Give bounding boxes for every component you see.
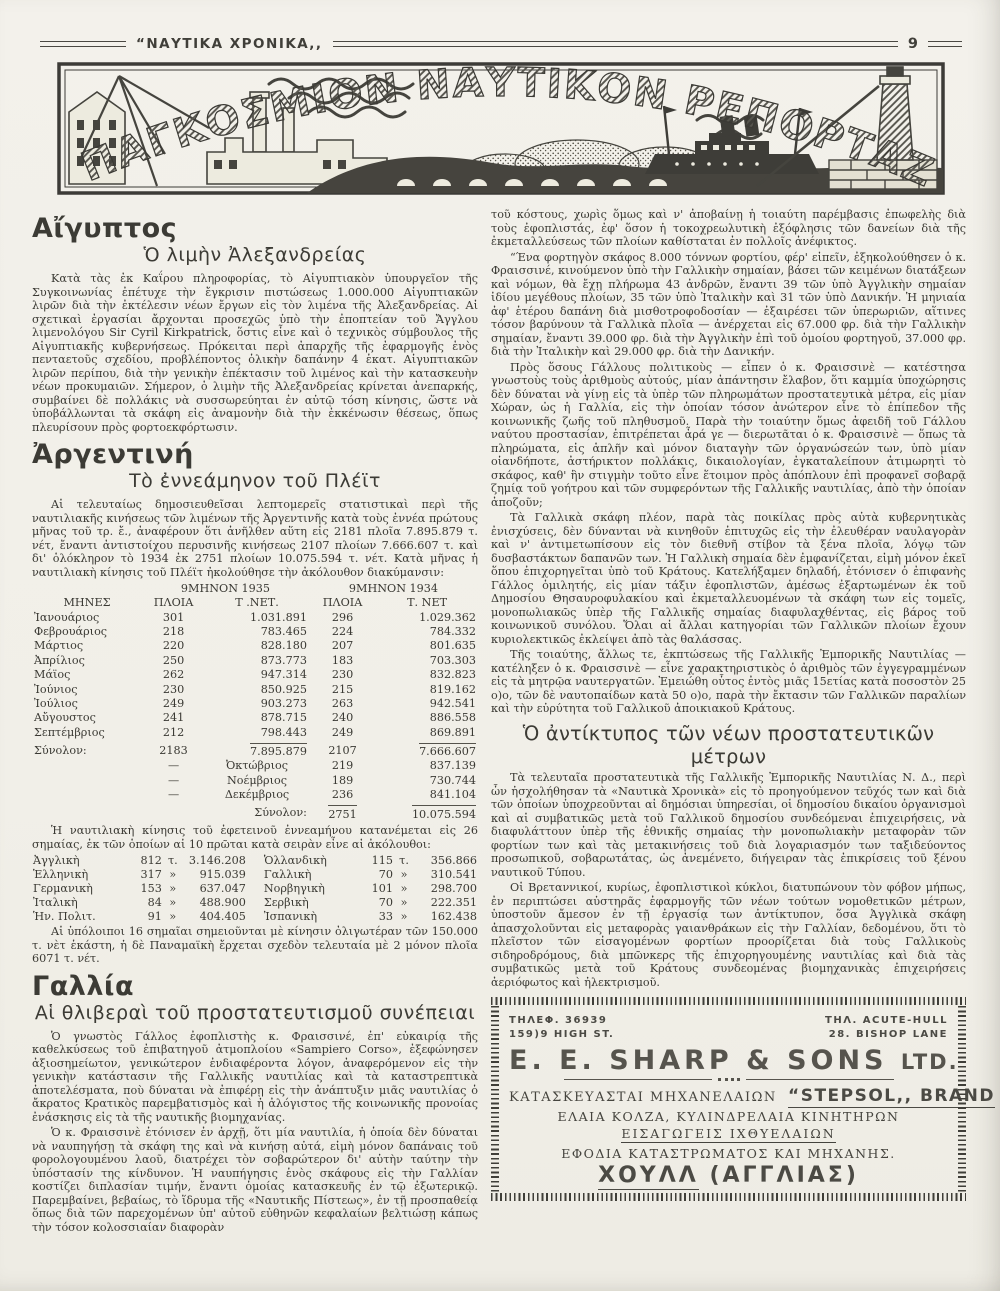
- total-value: 7.666.607: [419, 743, 476, 759]
- magazine-page: “ΝΑΥΤΙΚΑ ΧΡΟΝΙΚΑ,, 9: [0, 0, 1000, 1291]
- col-header-net-1934: Τ. ΝΕΤ: [376, 596, 478, 610]
- table-cell: 10.075.594: [376, 802, 478, 821]
- masthead-rule-center: [333, 41, 898, 47]
- left-column: Αἴγυπτος Ὁ λιμὴν Ἀλεξανδρείας Κατὰ τὰς ἐ…: [32, 208, 478, 1236]
- flag-tonnage: 915.039: [183, 867, 247, 881]
- table-cell: 903.273: [205, 696, 309, 710]
- flag-unit: »: [163, 881, 183, 895]
- continuation-paragraph-1: τοῦ κόστους, χωρὶς ὅμως καὶ ν' ἀποβαίνῃ …: [491, 208, 966, 249]
- ad-divider-line: [746, 1079, 894, 1080]
- ad-divider: [564, 1078, 894, 1081]
- flags-intro-paragraph: Ἡ ναυτιλιακὴ κίνησις τοῦ ἐφετεινοῦ ἐννεα…: [32, 824, 478, 851]
- masthead-title: “ΝΑΥΤΙΚΑ ΧΡΟΝΙΚΑ,,: [136, 36, 323, 52]
- flag-unit: »: [394, 895, 414, 909]
- table-cell: —: [142, 788, 205, 802]
- france-paragraph-2: Ὁ κ. Φραισσινὲ ἐτόνισεν ἐν ἀρχῇ, ὅτι μία…: [32, 1126, 478, 1234]
- table-cell: Σεπτέμβριος: [32, 725, 142, 739]
- flag-ships: 91: [127, 909, 163, 923]
- table-cell: 942.541: [376, 696, 478, 710]
- table-cell: [247, 867, 263, 881]
- ad-address-left: 159)9 HIGH ST.: [509, 1028, 614, 1042]
- table-cell: 841.104: [376, 788, 478, 802]
- table-row: Ἰούνιος 230 850.925 215 819.162: [32, 682, 478, 696]
- total-value: 10.075.594: [412, 805, 476, 821]
- masthead-rule-right: [928, 41, 962, 47]
- table-cell: 832.823: [376, 668, 478, 682]
- ad-phone-right: ΤΗΛ. ACUTE-HULL: [825, 1014, 948, 1028]
- table-cell: [142, 802, 205, 821]
- table-cell: 2107: [309, 740, 376, 759]
- page-number: 9: [908, 36, 918, 52]
- table-row: Φεβρουάριος 218 783.465 224 784.332: [32, 624, 478, 638]
- ad-products-line: ΚΑΤΑΣΚΕΥΑΣΤΑΙ ΜΗΧΑΝΕΛΑΙΩΝ “STEPSOL,, BRA…: [509, 1086, 948, 1106]
- table-cell: 873.773: [205, 653, 309, 667]
- table-row: Ἰανουάριος 301 1.031.891 296 1.029.362: [32, 610, 478, 624]
- flag-tonnage: 162.438: [414, 909, 478, 923]
- article-title-plate: Τὸ ἐννεάμηνον τοῦ Πλέϊτ: [32, 470, 478, 493]
- flag-tonnage: 310.541: [414, 867, 478, 881]
- table-cell: 730.744: [376, 773, 478, 787]
- flag-tonnage: 404.405: [183, 909, 247, 923]
- flag-unit: »: [394, 867, 414, 881]
- table-cell: 947.314: [205, 668, 309, 682]
- table-cell: 784.332: [376, 624, 478, 638]
- section-title-france: Γαλλία: [32, 973, 478, 1001]
- ad-border-right: [958, 1006, 966, 1192]
- table-total-row: Σύνολον: 2183 7.895.879 2107 7.666.607: [32, 740, 478, 759]
- ad-importers-text: ΕΙΣΑΓΩΓΕΙΣ ΙΧΘΥΕΛΑΙΩΝ: [621, 1126, 835, 1143]
- total-value: 2751: [328, 805, 356, 821]
- table-cell: 236: [309, 788, 376, 802]
- table-cell: Νοέμβριος: [205, 773, 309, 787]
- flag-ships: 70: [358, 867, 394, 881]
- france-paragraph-1: Ὁ γνωστὸς Γάλλος ἐφοπλιστὴς κ. Φραισσινέ…: [32, 1030, 478, 1125]
- table-cell: Μάϊος: [32, 668, 142, 682]
- ad-border-top: [491, 997, 966, 1005]
- impact-paragraph-1: Τὰ τελευταῖα προστατευτικὰ τῆς Γαλλικῆς …: [491, 771, 966, 879]
- flag-ships: 84: [127, 895, 163, 909]
- table-cell: Δεκέμβριος: [205, 788, 309, 802]
- argentina-intro-paragraph: Αἱ τελευταίως δημοσιευθεῖσαι λεπτομερεῖς…: [32, 498, 478, 579]
- col-header-months: ΜΗΝΕΣ: [32, 596, 142, 610]
- table-group-1934: 9ΜΗΝΟΝ 1934: [309, 581, 478, 595]
- table-cell: 230: [309, 668, 376, 682]
- table-cell: 2183: [142, 740, 205, 759]
- table-cell: [247, 895, 263, 909]
- table-cell: 224: [309, 624, 376, 638]
- impact-paragraph-2: Οἱ Βρεταννικοί, κυρίως, ἐφοπλιστικοὶ κύκ…: [491, 881, 966, 989]
- ad-importers-line: ΕΙΣΑΓΩΓΕΙΣ ΙΧΘΥΕΛΑΙΩΝ: [509, 1126, 948, 1141]
- flag-unit: »: [163, 909, 183, 923]
- table-cell: 263: [309, 696, 376, 710]
- flag-name: Γαλλικὴ: [263, 867, 358, 881]
- table-row: — Δεκέμβριος 236 841.104: [32, 788, 478, 802]
- table-cell: 1.031.891: [205, 610, 309, 624]
- flag-ships: 317: [127, 867, 163, 881]
- flag-ships: 812: [127, 853, 163, 867]
- table-cell: 240: [309, 711, 376, 725]
- table-cell: 241: [142, 711, 205, 725]
- continuation-paragraph-4: Τὰ Γαλλικὰ σκάφη πλέον, παρὰ τὰς ποικίλα…: [491, 511, 966, 646]
- flag-unit: τ.: [163, 853, 183, 867]
- table-cell: 878.715: [205, 711, 309, 725]
- table-row: Σεπτέμβριος 212 798.443 249 869.891: [32, 725, 478, 739]
- ad-company-suffix: LTD.: [901, 1050, 959, 1074]
- ad-contacts: ΤΗΛΕΦ. 36939 159)9 HIGH ST. ΤΗΛ. ACUTE-H…: [509, 1014, 948, 1042]
- table-cell: 798.443: [205, 725, 309, 739]
- masthead-rule-left: [40, 41, 126, 47]
- table-row: Μάϊος 262 947.314 230 832.823: [32, 668, 478, 682]
- table-cell: [32, 788, 142, 802]
- table-group-header-row: 9ΜΗΝΟΝ 1935 9ΜΗΝΟΝ 1934: [32, 581, 478, 595]
- table-cell: 7.666.607: [376, 740, 478, 759]
- table-cell: 869.891: [376, 725, 478, 739]
- table-cell: [247, 853, 263, 867]
- table-cell: Ὀκτώβριος: [205, 759, 309, 773]
- ad-phone-left: ΤΗΛΕΦ. 36939: [509, 1014, 614, 1028]
- table-cell: 250: [142, 653, 205, 667]
- table-row: Ἀπρίλιος 250 873.773 183 703.303: [32, 653, 478, 667]
- ad-city-suffix: (ΑΓΓΛΙΑΣ): [709, 1163, 858, 1188]
- table-cell: Σύνολον:: [205, 802, 309, 821]
- table-cell: [247, 881, 263, 895]
- table-row: Ἡν. Πολιτ. 91 » 404.405 Ἰσπανικὴ 33 » 16…: [32, 909, 478, 923]
- flag-unit: »: [163, 895, 183, 909]
- table-cell: 850.925: [205, 682, 309, 696]
- table-cell: 1.029.362: [376, 610, 478, 624]
- table-cell: 220: [142, 639, 205, 653]
- flag-ships: 115: [358, 853, 394, 867]
- flag-name: Ἰσπανικὴ: [263, 909, 358, 923]
- article-title-alexandria: Ὁ λιμὴν Ἀλεξανδρείας: [32, 244, 478, 267]
- ad-border-left: [491, 1006, 499, 1192]
- sharp-sons-advertisement: ΤΗΛΕΦ. 36939 159)9 HIGH ST. ΤΗΛ. ACUTE-H…: [491, 997, 966, 1201]
- flag-ships: 153: [127, 881, 163, 895]
- table-cell: Φεβρουάριος: [32, 624, 142, 638]
- flag-name: Ὁλλανδικὴ: [263, 853, 358, 867]
- flag-tonnage: 298.700: [414, 881, 478, 895]
- table-cell: 207: [309, 639, 376, 653]
- table-cell: [247, 909, 263, 923]
- flag-tonnage: 3.146.208: [183, 853, 247, 867]
- flag-tonnage: 356.866: [414, 853, 478, 867]
- flag-name: Σερβικὴ: [263, 895, 358, 909]
- article-title-protectionism: Αἱ θλιβεραὶ τοῦ προστατευτισμοῦ συνέπεια…: [32, 1002, 478, 1025]
- col-header-ships-1935: ΠΛΟΙΑ: [142, 596, 205, 610]
- table-row: — Ὀκτώβριος 219 837.139: [32, 759, 478, 773]
- table-row: Αὔγουστος 241 878.715 240 886.558: [32, 711, 478, 725]
- table-cell: 262: [142, 668, 205, 682]
- continuation-paragraph-3: Πρὸς ὅσους Γάλλους πολιτικοὺς — εἶπεν ὁ …: [491, 361, 966, 510]
- flag-name: Ἰταλικὴ: [32, 895, 127, 909]
- ad-divider-dots: [718, 1078, 740, 1081]
- table-cell: 2751: [309, 802, 376, 821]
- ad-city-line: ΧΟΥΛΛ (ΑΓΓΛΙΑΣ): [509, 1163, 948, 1188]
- table-group-1935: 9ΜΗΝΟΝ 1935: [142, 581, 309, 595]
- table-row: Γερμανικὴ 153 » 637.047 Νορβηγικὴ 101 » …: [32, 881, 478, 895]
- table-cell: Σύνολον:: [32, 740, 142, 759]
- flag-tonnage: 488.900: [183, 895, 247, 909]
- ad-divider-line: [564, 1079, 712, 1080]
- total-value: 7.895.879: [250, 743, 307, 759]
- table-row: Μάρτιος 220 828.180 207 801.635: [32, 639, 478, 653]
- ad-contact-left: ΤΗΛΕΦ. 36939 159)9 HIGH ST.: [509, 1014, 614, 1042]
- ad-company-name: E. E. SHARP & SONS LTD.: [509, 1046, 948, 1077]
- table-cell: 837.139: [376, 759, 478, 773]
- table-cell: —: [142, 773, 205, 787]
- ad-supplies-line: ΕΦΟΔΙΑ ΚΑΤΑΣΤΡΩΜΑΤΟΣ ΚΑΙ ΜΗΧΑΝΗΣ.: [509, 1146, 948, 1161]
- banner: ΠΑΓΚΟΣΜΙΟΝ ΝΑΥΤΙΚΟΝ ΡΕΠΟΡΤΑΖ: [57, 62, 945, 195]
- table-cell: —: [142, 759, 205, 773]
- table-cell: 249: [142, 696, 205, 710]
- table-row: Ἀγγλικὴ 812 τ. 3.146.208 Ὁλλανδικὴ 115 τ…: [32, 853, 478, 867]
- table-cell: [32, 773, 142, 787]
- flag-ships: 70: [358, 895, 394, 909]
- ad-border-bottom: [491, 1193, 966, 1201]
- table-cell: 703.303: [376, 653, 478, 667]
- flag-unit: »: [394, 909, 414, 923]
- table-cell: 183: [309, 653, 376, 667]
- table-cell: 7.895.879: [205, 740, 309, 759]
- continuation-paragraph-5: Τῆς τοιαύτης, ἄλλως τε, ἐκπτώσεως τῆς Γα…: [491, 648, 966, 716]
- table-cell: 301: [142, 610, 205, 624]
- banner-illustration: ΠΑΓΚΟΣΜΙΟΝ ΝΑΥΤΙΚΟΝ ΡΕΠΟΡΤΑΖ: [57, 62, 945, 195]
- flag-name: Νορβηγικὴ: [263, 881, 358, 895]
- table-cell: 230: [142, 682, 205, 696]
- table-row: Ἑλληνικὴ 317 » 915.039 Γαλλικὴ 70 » 310.…: [32, 867, 478, 881]
- continuation-paragraph-2: “Ένα φορτηγὸν σκάφος 8.000 τόννων φορτίο…: [491, 251, 966, 359]
- table-cell: 828.180: [205, 639, 309, 653]
- table-grand-total-row: Σύνολον: 2751 10.075.594: [32, 802, 478, 821]
- table-cell: Ἰούλιος: [32, 696, 142, 710]
- ad-address-right: 28. BISHOP LANE: [825, 1028, 948, 1042]
- table-cell: [32, 581, 142, 595]
- flag-ships: 33: [358, 909, 394, 923]
- ad-oils-line: ΕΛΑΙΑ ΚΟΛΖΑ, ΚΥΛΙΝΔΡΕΛΑΙΑ ΚΙΝΗΤΗΡΩΝ: [509, 1109, 948, 1124]
- table-cell: 249: [309, 725, 376, 739]
- table-row: Ἰούλιος 249 903.273 263 942.541: [32, 696, 478, 710]
- table-cell: 218: [142, 624, 205, 638]
- table-cell: 189: [309, 773, 376, 787]
- table-cell: Αὔγουστος: [32, 711, 142, 725]
- table-cell: Ἰούνιος: [32, 682, 142, 696]
- table-cell: Ἰανουάριος: [32, 610, 142, 624]
- table-header-row: ΜΗΝΕΣ ΠΛΟΙΑ Τ .ΝΕΤ. ΠΛΟΙΑ Τ. ΝΕΤ: [32, 596, 478, 610]
- masthead: “ΝΑΥΤΙΚΑ ΧΡΟΝΙΚΑ,, 9: [40, 36, 962, 52]
- flags-outro-paragraph: Αἱ ὑπόλοιποι 16 σημαῖαι σημειοῦνται μὲ κ…: [32, 925, 478, 966]
- section-title-egypt: Αἴγυπτος: [32, 215, 478, 243]
- egypt-paragraph: Κατὰ τὰς ἐκ Καΐρου πληροφορίας, τὸ Αἰγυπ…: [32, 272, 478, 434]
- ad-contact-right: ΤΗΛ. ACUTE-HULL 28. BISHOP LANE: [825, 1014, 948, 1042]
- flag-name: Ἑλληνικὴ: [32, 867, 127, 881]
- flag-unit: »: [394, 881, 414, 895]
- right-column: τοῦ κόστους, χωρὶς ὅμως καὶ ν' ἀποβαίνῃ …: [491, 208, 966, 1201]
- table-cell: 219: [309, 759, 376, 773]
- table-cell: Μάρτιος: [32, 639, 142, 653]
- ad-company-main: E. E. SHARP & SONS: [509, 1045, 888, 1076]
- table-cell: 819.162: [376, 682, 478, 696]
- flag-name: Ἀγγλικὴ: [32, 853, 127, 867]
- flag-unit: τ.: [394, 853, 414, 867]
- ad-products-label: ΚΑΤΑΣΚΕΥΑΣΤΑΙ ΜΗΧΑΝΕΛΑΙΩΝ: [509, 1090, 777, 1105]
- col-header-net-1935: Τ .ΝΕΤ.: [205, 596, 309, 610]
- table-row: — Νοέμβριος 189 730.744: [32, 773, 478, 787]
- flag-tonnage: 222.351: [414, 895, 478, 909]
- table-cell: 212: [142, 725, 205, 739]
- flag-ships: 101: [358, 881, 394, 895]
- flag-name: Γερμανικὴ: [32, 881, 127, 895]
- table-cell: 215: [309, 682, 376, 696]
- flag-unit: »: [163, 867, 183, 881]
- table-cell: Ἀπρίλιος: [32, 653, 142, 667]
- flags-table: Ἀγγλικὴ 812 τ. 3.146.208 Ὁλλανδικὴ 115 τ…: [32, 853, 478, 923]
- page-columns: Αἴγυπτος Ὁ λιμὴν Ἀλεξανδρείας Κατὰ τὰς ἐ…: [32, 208, 966, 1236]
- table-cell: 783.465: [205, 624, 309, 638]
- table-cell: 801.635: [376, 639, 478, 653]
- table-cell: 296: [309, 610, 376, 624]
- flag-tonnage: 637.047: [183, 881, 247, 895]
- table-cell: 886.558: [376, 711, 478, 725]
- ad-city-name: ΧΟΥΛΛ: [598, 1163, 699, 1190]
- table-cell: [32, 759, 142, 773]
- article-title-impact: Ὁ ἀντίκτυπος τῶν νέων προστατευτικῶν μέτ…: [491, 722, 966, 769]
- monthly-traffic-table: 9ΜΗΝΟΝ 1935 9ΜΗΝΟΝ 1934 ΜΗΝΕΣ ΠΛΟΙΑ Τ .Ν…: [32, 581, 478, 821]
- table-cell: [32, 802, 142, 821]
- table-row: Ἰταλικὴ 84 » 488.900 Σερβικὴ 70 » 222.35…: [32, 895, 478, 909]
- col-header-ships-1934: ΠΛΟΙΑ: [309, 596, 376, 610]
- section-title-argentina: Ἀργεντινή: [32, 441, 478, 469]
- flag-name: Ἡν. Πολιτ.: [32, 909, 127, 923]
